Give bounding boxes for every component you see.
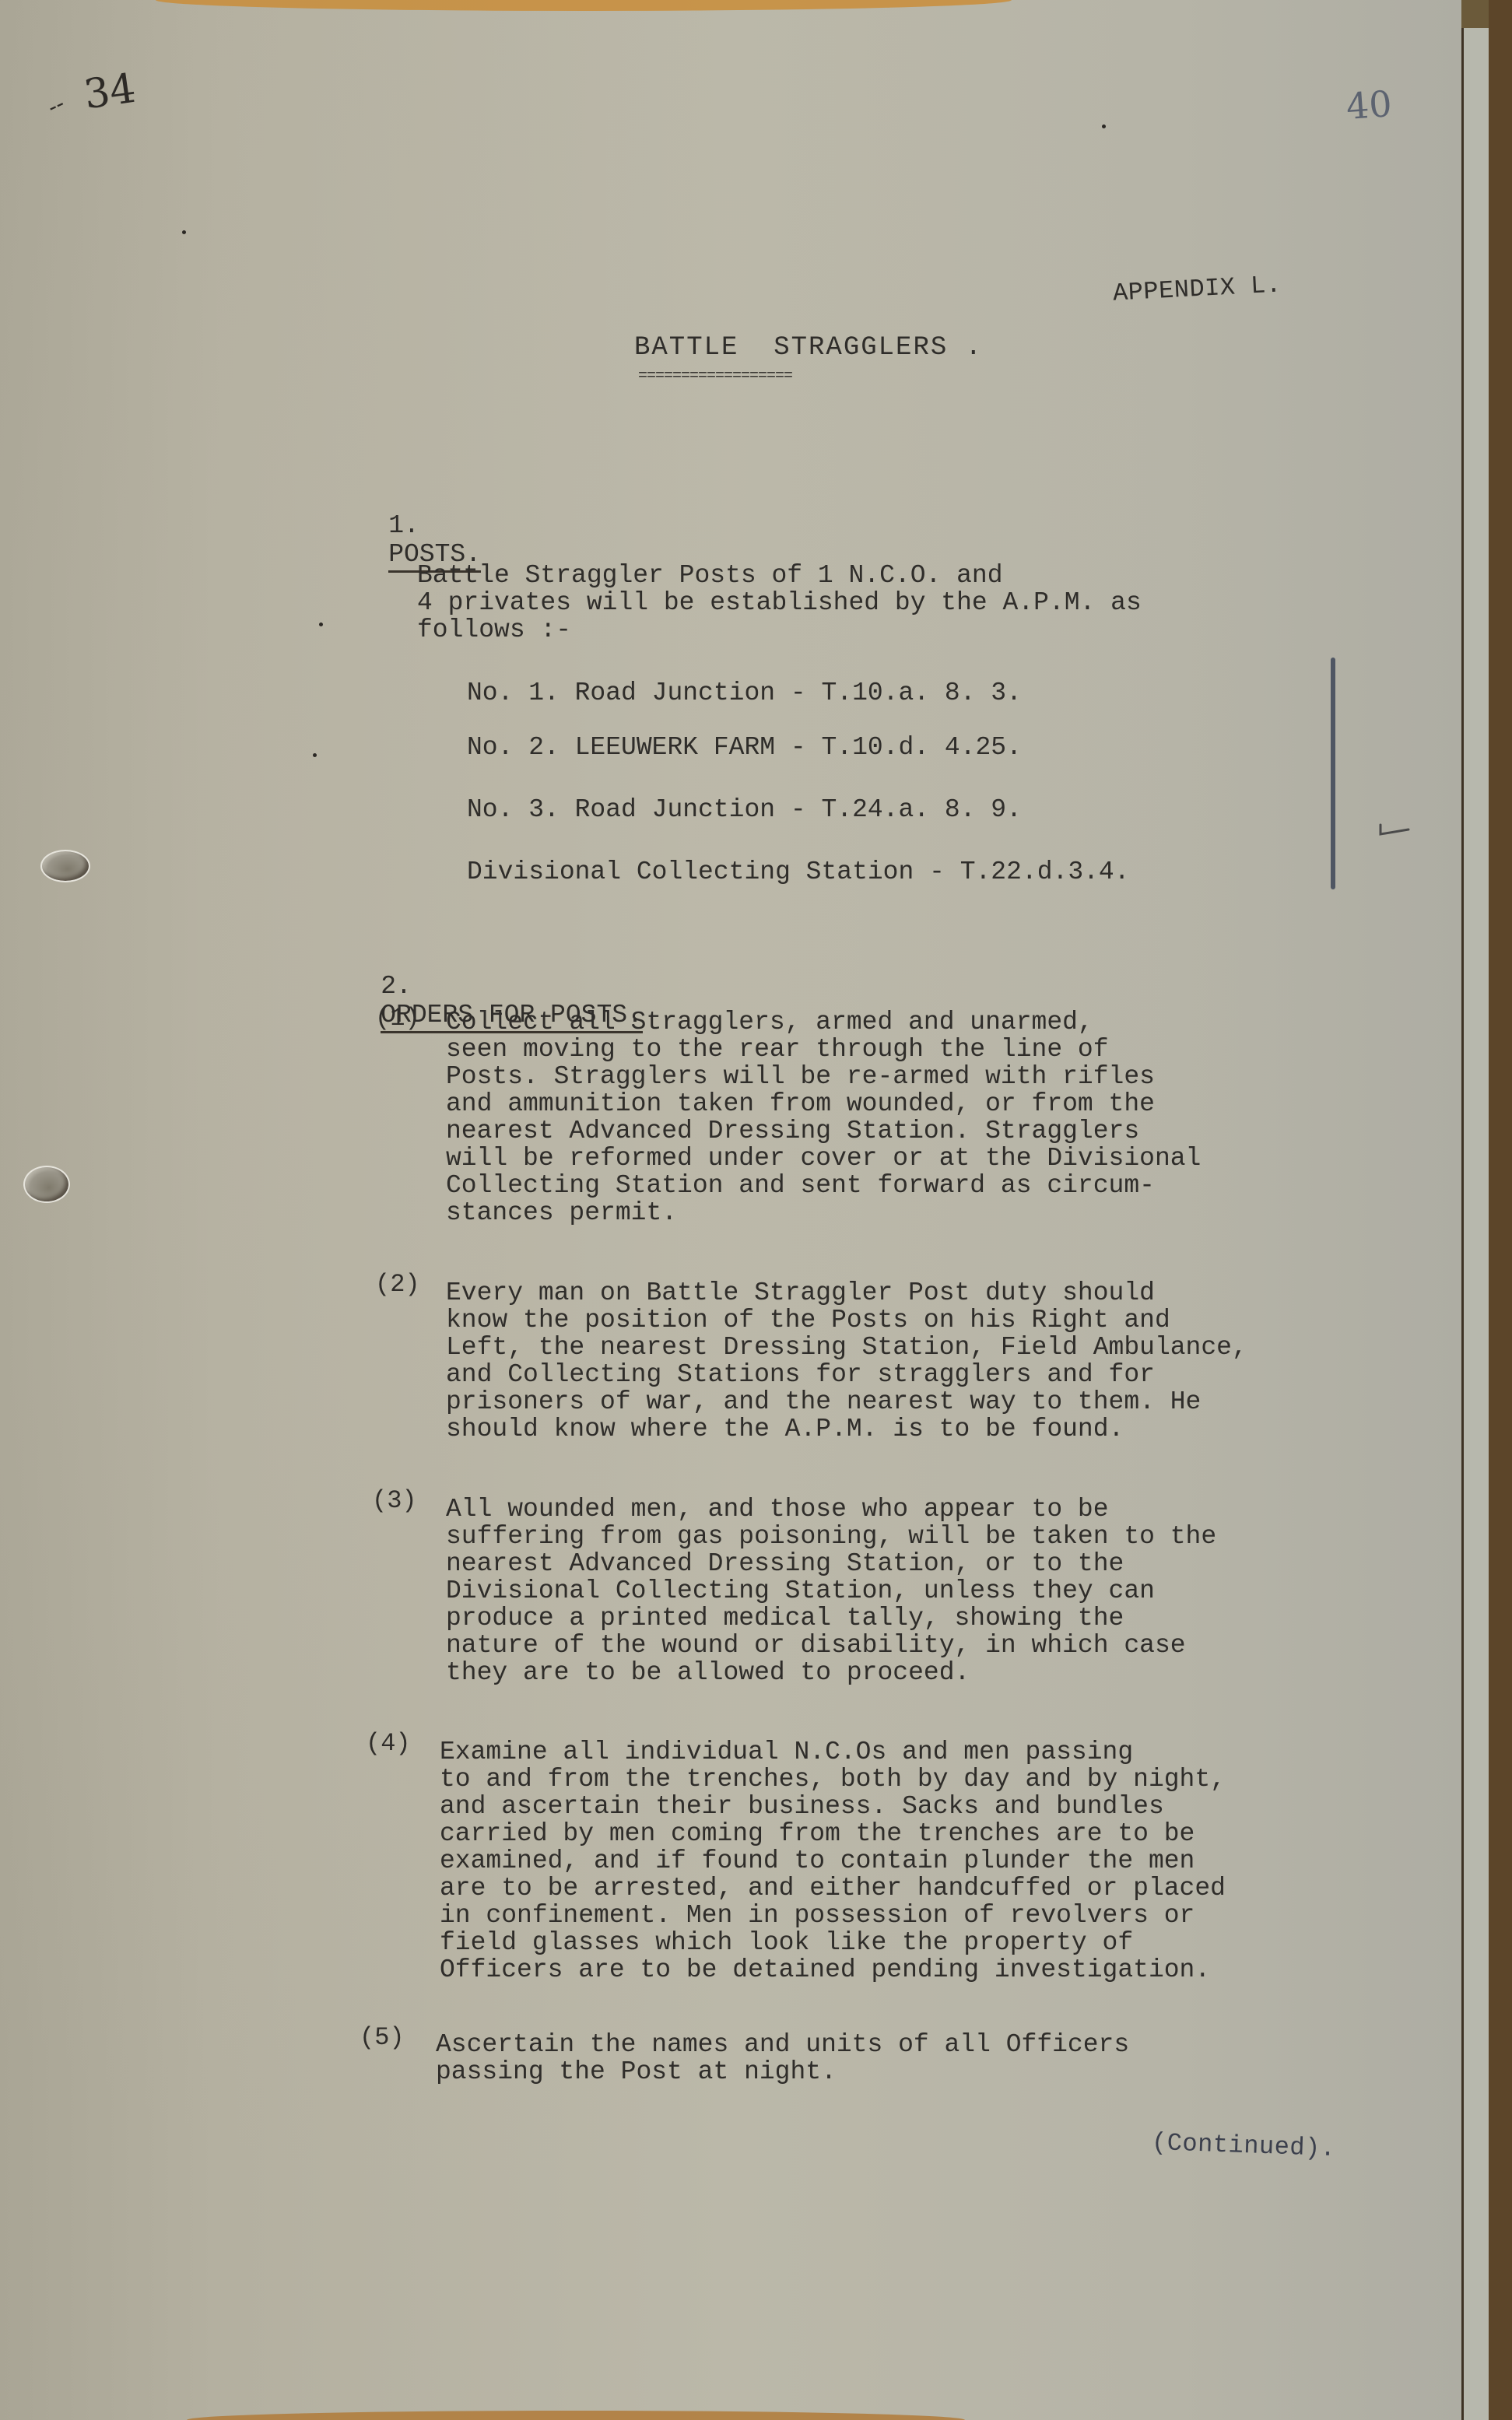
folio-number-left: 34	[81, 65, 139, 119]
order-text-1: Collect all Stragglers, armed and unarme…	[446, 1008, 1395, 1226]
post-item-collecting-station: Divisional Collecting Station - T.22.d.3…	[467, 858, 1130, 886]
continued-label: (Continued).	[1151, 2129, 1336, 2163]
binding-tape-bottom	[187, 2411, 965, 2420]
order-text-5: Ascertain the names and units of all Off…	[436, 2031, 1385, 2085]
paper-speck	[313, 753, 317, 757]
pencil-dash: --	[44, 89, 69, 121]
posts-intro: Battle Straggler Posts of 1 N.C.O. and 4…	[417, 562, 1351, 644]
document-page: 34 -- 40 APPENDIX L. BATTLE STRAGGLERS .…	[0, 0, 1461, 2420]
order-label-1: (1)	[375, 1004, 420, 1033]
background-edge	[1489, 0, 1512, 2420]
order-label-5: (5)	[360, 2023, 405, 2052]
appendix-label: APPENDIX L.	[1112, 271, 1282, 307]
binding-tape-top	[156, 0, 1012, 11]
order-label-3: (3)	[372, 1486, 417, 1515]
order-label-4: (4)	[366, 1729, 411, 1758]
order-text-3: All wounded men, and those who appear to…	[446, 1496, 1395, 1686]
underlying-sheet	[1464, 28, 1489, 2420]
title-underline: ==================	[638, 367, 792, 385]
folio-number-right: 40	[1345, 82, 1393, 128]
post-item-1: No. 1. Road Junction - T.10.a. 8. 3.	[467, 679, 1022, 707]
punch-hole-top	[40, 850, 90, 882]
paper-speck	[182, 230, 186, 234]
paper-speck	[319, 623, 323, 626]
punch-hole-bottom	[23, 1166, 70, 1203]
page-title: BATTLE STRAGGLERS .	[634, 333, 983, 363]
section-number: 2.	[381, 972, 412, 1001]
order-text-2: Every man on Battle Straggler Post duty …	[446, 1279, 1395, 1443]
paper-speck	[1102, 125, 1106, 128]
order-text-4: Examine all individual N.C.Os and men pa…	[440, 1738, 1389, 1983]
post-item-3: No. 3. Road Junction - T.24.a. 8. 9.	[467, 795, 1022, 824]
pencil-margin-line	[1331, 658, 1335, 889]
order-label-2: (2)	[375, 1270, 420, 1299]
pencil-tick-icon	[1377, 823, 1412, 837]
post-item-2: No. 2. LEEUWERK FARM - T.10.d. 4.25.	[467, 733, 1022, 762]
section-number: 1.	[388, 511, 419, 540]
